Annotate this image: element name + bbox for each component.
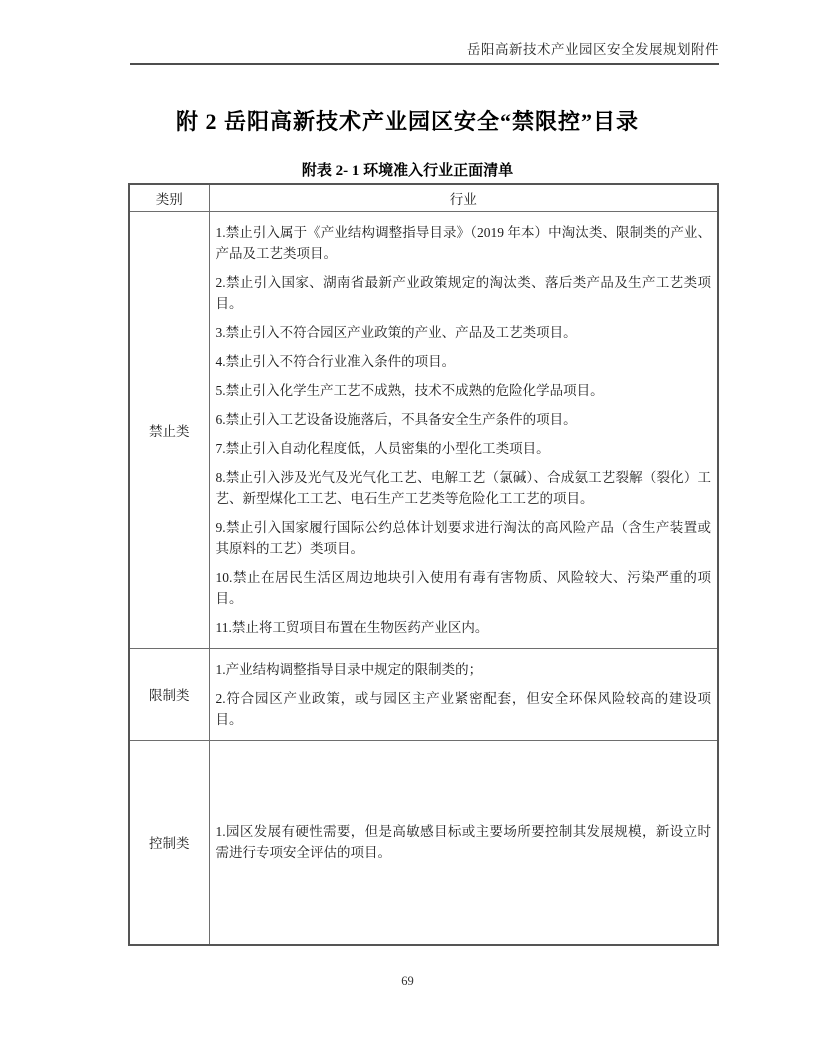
industry-item: 11.禁止将工贸项目布置在生物医药产业区内。 <box>216 617 712 638</box>
table-row: 控制类1.园区发展有硬性需要，但是高敏感目标或主要场所要控制其发展规模，新设立时… <box>129 740 718 945</box>
column-header-industry: 行业 <box>209 184 718 211</box>
industry-item: 1.园区发展有硬性需要，但是高敏感目标或主要场所要控制其发展规模，新设立时需进行… <box>216 821 712 863</box>
industry-item: 4.禁止引入不符合行业准入条件的项目。 <box>216 351 712 372</box>
table-header-row: 类别 行业 <box>129 184 718 211</box>
industry-item: 8.禁止引入涉及光气及光气化工艺、电解工艺（氯碱）、合成氨工艺裂解（裂化）工艺、… <box>216 467 712 509</box>
category-cell: 禁止类 <box>129 211 209 648</box>
industry-item: 3.禁止引入不符合园区产业政策的产业、产品及工艺类项目。 <box>216 322 712 343</box>
table-row: 禁止类1.禁止引入属于《产业结构调整指导目录》（2019 年本）中淘汰类、限制类… <box>129 211 718 648</box>
industry-items-cell: 1.园区发展有硬性需要，但是高敏感目标或主要场所要控制其发展规模，新设立时需进行… <box>209 740 718 945</box>
industry-item: 7.禁止引入自动化程度低，人员密集的小型化工类项目。 <box>216 438 712 459</box>
page-number: 69 <box>0 974 815 989</box>
industry-item: 9.禁止引入国家履行国际公约总体计划要求进行淘汰的高风险产品（含生产装置或其原料… <box>216 517 712 559</box>
industry-item: 2.符合园区产业政策，或与园区主产业紧密配套，但安全环保风险较高的建设项目。 <box>216 688 712 730</box>
category-cell: 控制类 <box>129 740 209 945</box>
industry-items-cell: 1.产业结构调整指导目录中规定的限制类的；2.符合园区产业政策，或与园区主产业紧… <box>209 648 718 740</box>
table-caption: 附表 2- 1 环境准入行业正面清单 <box>0 159 815 180</box>
category-cell: 限制类 <box>129 648 209 740</box>
industry-item: 2.禁止引入国家、湖南省最新产业政策规定的淘汰类、落后类产品及生产工艺类项目。 <box>216 272 712 314</box>
industry-item: 5.禁止引入化学生产工艺不成熟，技术不成熟的危险化学品项目。 <box>216 380 712 401</box>
table-row: 限制类1.产业结构调整指导目录中规定的限制类的；2.符合园区产业政策，或与园区主… <box>129 648 718 740</box>
industry-items-cell: 1.禁止引入属于《产业结构调整指导目录》（2019 年本）中淘汰类、限制类的产业… <box>209 211 718 648</box>
running-header: 岳阳高新技术产业园区安全发展规划附件 <box>130 38 719 65</box>
industry-access-table: 类别 行业 禁止类1.禁止引入属于《产业结构调整指导目录》（2019 年本）中淘… <box>128 183 719 946</box>
industry-item: 1.产业结构调整指导目录中规定的限制类的； <box>216 659 712 680</box>
industry-item: 10.禁止在居民生活区周边地块引入使用有毒有害物质、风险较大、污染严重的项目。 <box>216 567 712 609</box>
table-body: 禁止类1.禁止引入属于《产业结构调整指导目录》（2019 年本）中淘汰类、限制类… <box>129 211 718 945</box>
industry-item: 6.禁止引入工艺设备设施落后，不具备安全生产条件的项目。 <box>216 409 712 430</box>
column-header-category: 类别 <box>129 184 209 211</box>
page-title: 附 2 岳阳高新技术产业园区安全“禁限控”目录 <box>0 105 815 136</box>
industry-item: 1.禁止引入属于《产业结构调整指导目录》（2019 年本）中淘汰类、限制类的产业… <box>216 222 712 264</box>
document-page: 岳阳高新技术产业园区安全发展规划附件 附 2 岳阳高新技术产业园区安全“禁限控”… <box>0 0 815 1055</box>
